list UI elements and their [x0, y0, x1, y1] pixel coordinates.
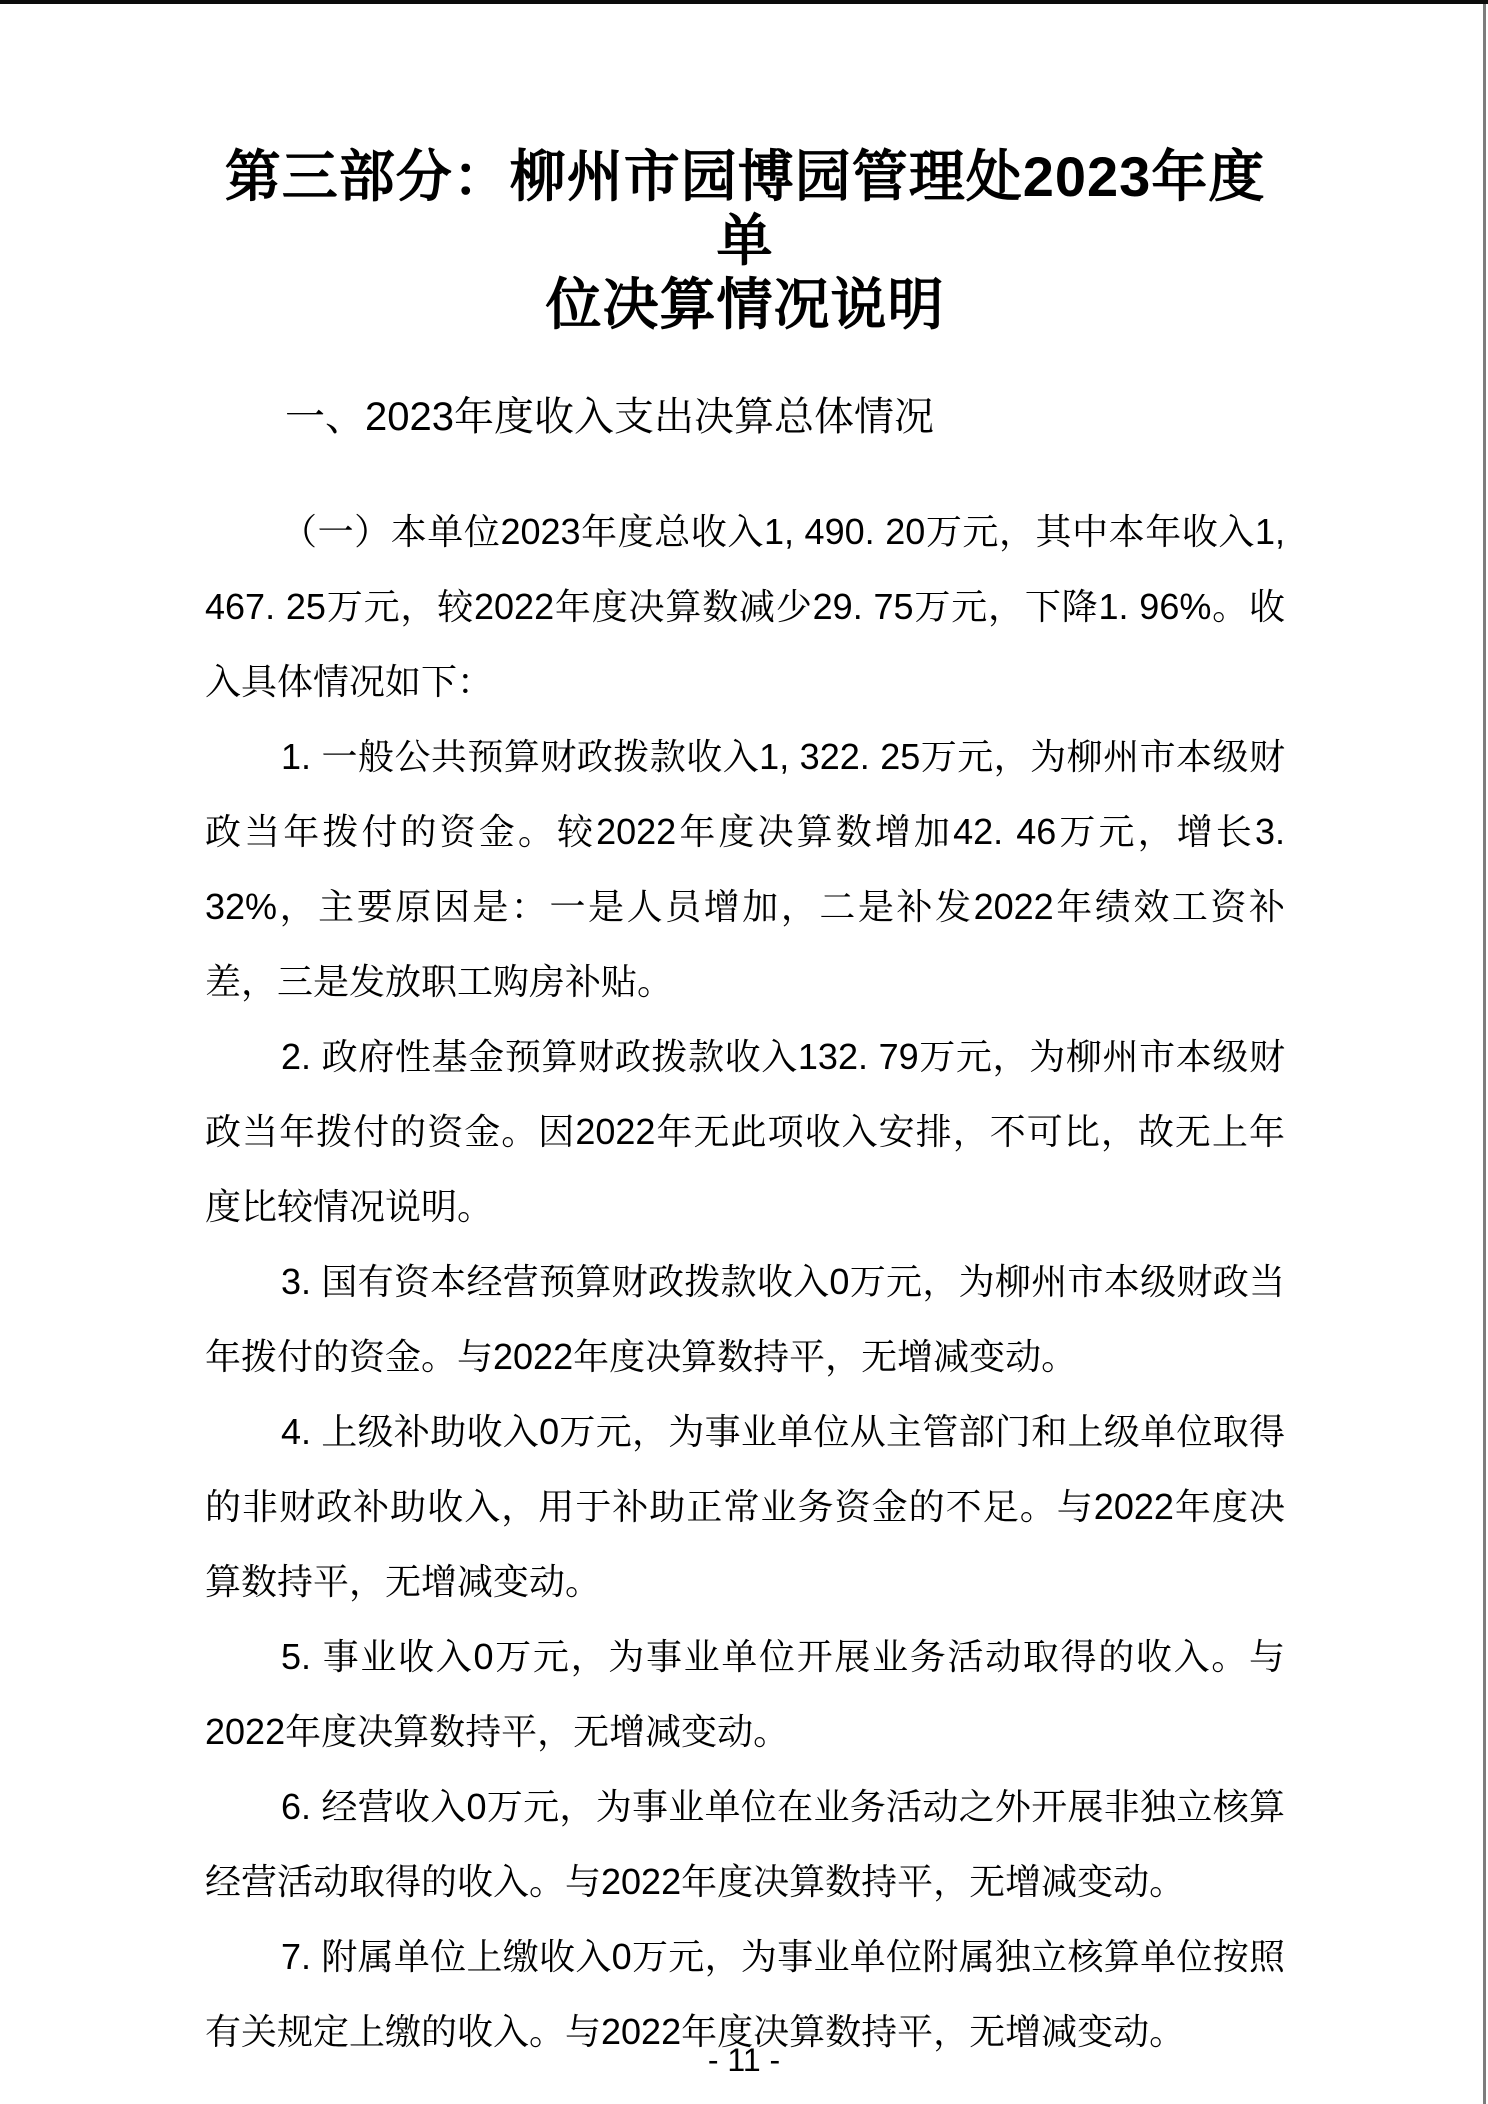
page-footer: - 11 -: [0, 2044, 1488, 2076]
document-content: 第三部分：柳州市园博园管理处2023年度单 位决算情况说明 一、2023年度收入…: [205, 0, 1285, 2069]
paragraph: 1. 一般公共预算财政拨款收入1, 322. 25万元，为柳州市本级财政当年拨付…: [205, 719, 1285, 1019]
paragraph: 5. 事业收入0万元，为事业单位开展业务活动取得的收入。与2022年度决算数持平…: [205, 1619, 1285, 1769]
paragraph: 6. 经营收入0万元，为事业单位在业务活动之外开展非独立核算经营活动取得的收入。…: [205, 1769, 1285, 1919]
section-heading: 一、2023年度收入支出决算总体情况: [205, 392, 1285, 442]
paragraph: 4. 上级补助收入0万元，为事业单位从主管部门和上级单位取得的非财政补助收入，用…: [205, 1394, 1285, 1619]
paragraph: 3. 国有资本经营预算财政拨款收入0万元，为柳州市本级财政当年拨付的资金。与20…: [205, 1244, 1285, 1394]
page-number: - 11 -: [708, 2042, 780, 2078]
paragraph: 2. 政府性基金预算财政拨款收入132. 79万元，为柳州市本级财政当年拨付的资…: [205, 1019, 1285, 1244]
document-title-line1: 第三部分：柳州市园博园管理处2023年度单: [205, 145, 1285, 273]
scan-edge-right: [1483, 4, 1486, 2104]
document-title-line2: 位决算情况说明: [205, 273, 1285, 337]
paragraph: （一）本单位2023年度总收入1, 490. 20万元，其中本年收入1, 467…: [205, 494, 1285, 719]
document-title: 第三部分：柳州市园博园管理处2023年度单 位决算情况说明: [205, 145, 1285, 337]
document-page: 第三部分：柳州市园博园管理处2023年度单 位决算情况说明 一、2023年度收入…: [0, 0, 1488, 2104]
